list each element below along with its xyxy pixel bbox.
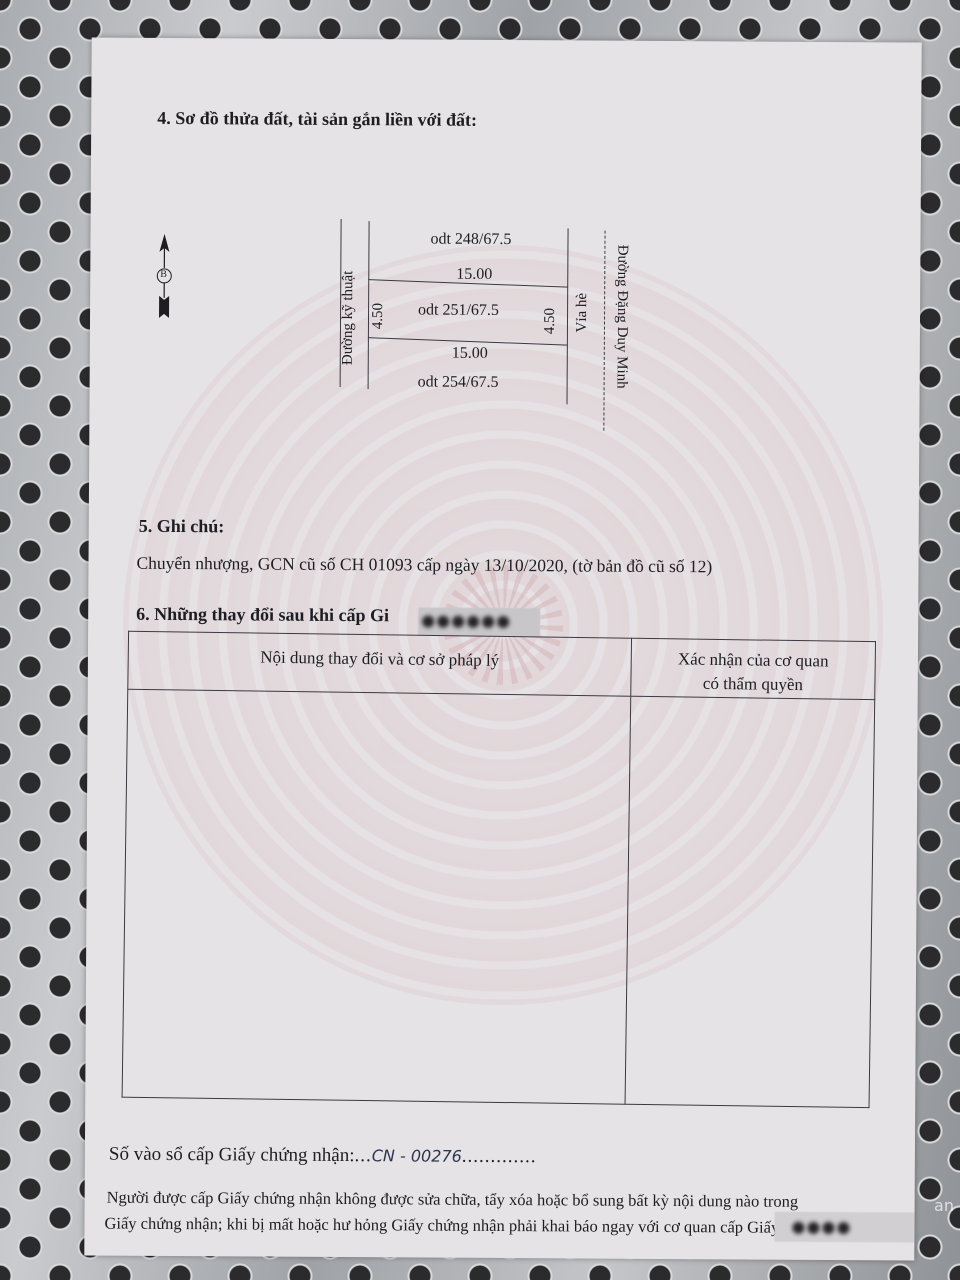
- col2-header-line2: có thẩm quyền: [632, 671, 873, 698]
- parcel-251-label: odt 251/67.5: [418, 301, 499, 319]
- registry-label: Số vào sổ cấp Giấy chứng nhận:...CN - 00…: [109, 1144, 537, 1169]
- section5-heading: 5. Ghi chú:: [139, 516, 225, 538]
- section6-heading: 6. Những thay đổi sau khi cấp Gi: [136, 604, 389, 627]
- left-depth-label: 4.50: [370, 303, 387, 329]
- compass-label: B: [160, 269, 167, 280]
- bottom-width-label: 15.00: [452, 345, 488, 363]
- land-certificate-page: 4. Sơ đồ thửa đất, tài sản gắn liền với …: [84, 37, 921, 1260]
- redacted-text: [418, 607, 540, 636]
- authority-confirmation-cell: [625, 696, 875, 1107]
- left-road-label: Đường kỹ thuật: [340, 271, 358, 365]
- parcel-248-label: odt 248/67.5: [430, 231, 511, 249]
- right-depth-label: 4.50: [542, 308, 559, 334]
- sidewalk-label: Vỉa hè: [574, 293, 591, 333]
- changes-table: Nội dung thay đổi và cơ sở pháp lý Xác n…: [122, 631, 876, 1108]
- warning-line-2: Giấy chứng nhận; khi bị mất hoặc hư hỏng…: [104, 1214, 779, 1238]
- parcel-254-label: odt 254/67.5: [418, 373, 499, 391]
- section4-heading: 4. Sơ đồ thửa đất, tài sản gắn liền với …: [157, 108, 477, 131]
- redacted-corner: [774, 1212, 914, 1243]
- warning-line-1: Người được cấp Giấy chứng nhận không đượ…: [107, 1188, 799, 1212]
- watermark-logo: an: [934, 1196, 954, 1215]
- top-width-label: 15.00: [456, 266, 492, 284]
- right-road-label: Đường Đặng Duy Minh: [613, 245, 631, 389]
- col2-header: Xác nhận của cơ quan có thẩm quyền: [631, 638, 876, 699]
- registry-label-text: Số vào sổ cấp Giấy chứng nhận:: [109, 1144, 355, 1167]
- col1-header: Nội dung thay đổi và cơ sở pháp lý: [128, 631, 632, 696]
- changes-content-cell: [122, 689, 631, 1104]
- section5-note: Chuyển nhượng, GCN cũ số CH 01093 cấp ng…: [136, 553, 712, 578]
- col2-header-line1: Xác nhận của cơ quan: [633, 647, 874, 674]
- registry-number-handwritten: CN - 00276: [372, 1146, 462, 1166]
